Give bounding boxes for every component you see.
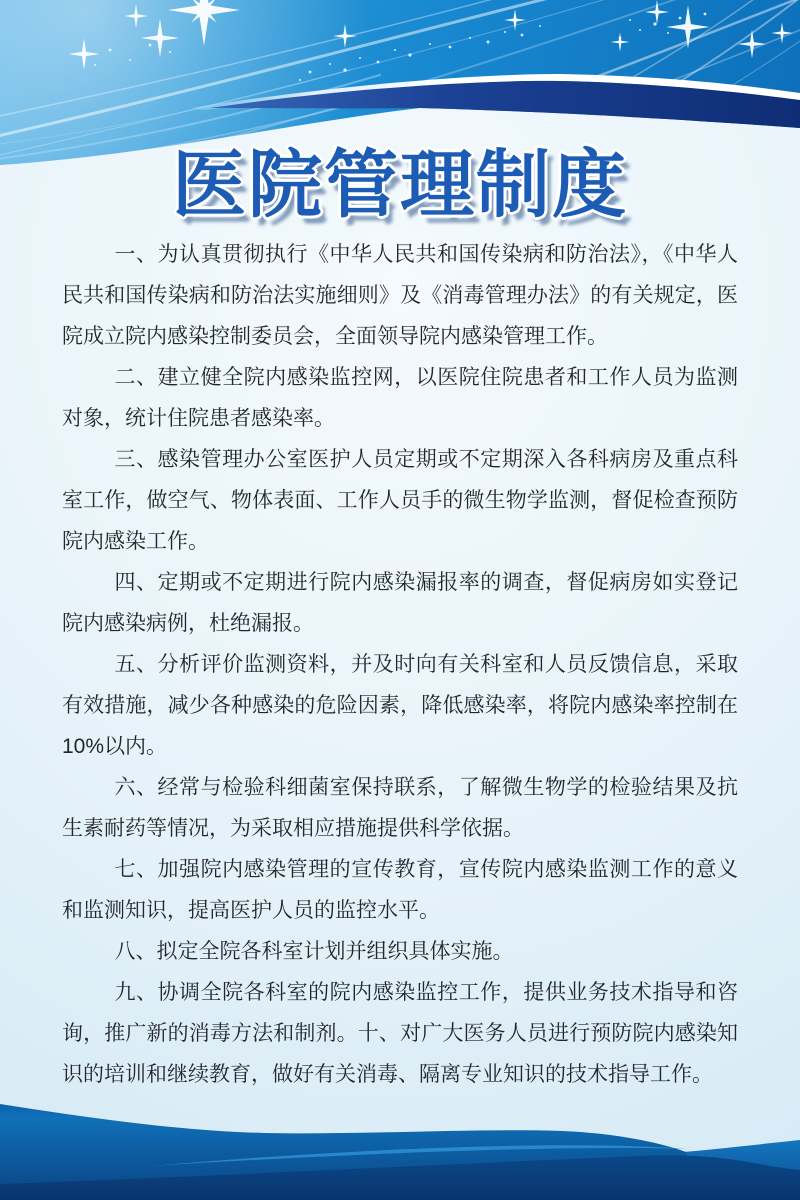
rule-paragraph-3: 三、感染管理办公室医护人员定期或不定期深入各科病房及重点科室工作，做空气、物体表… [62,439,738,562]
rule-paragraph-4: 四、定期或不定期进行院内感染漏报率的调查，督促病房如实登记院内感染病例，杜绝漏报… [62,562,738,644]
content: 一、为认真贯彻执行《中华人民共和国传染病和防治法》，《中华人民共和国传染病和防治… [62,234,738,1095]
rule-paragraph-7: 七、加强院内感染管理的宣传教育，宣传院内感染监测工作的意义和监测知识，提高医护人… [62,849,738,931]
rule-paragraph-6: 六、经常与检验科细菌室保持联系，了解微生物学的检验结果及抗生素耐药等情况，为采取… [62,767,738,849]
footer-wave-decoration [0,1090,800,1200]
page-title: 医院管理制度 [0,126,800,232]
poster: 医院管理制度 一、为认真贯彻执行《中华人民共和国传染病和防治法》，《中华人民共和… [0,0,800,1200]
rule-paragraph-5: 五、分析评价监测资料，并及时向有关科室和人员反馈信息，采取有效措施，减少各种感染… [62,644,738,767]
rule-paragraph-8: 八、拟定全院各科室计划并组织具体实施。 [62,931,738,972]
rule-paragraph-9: 九、协调全院各科室的院内感染监控工作，提供业务技术指导和咨询，推广新的消毒方法和… [62,972,738,1095]
rule-paragraph-2: 二、建立健全院内感染监控网，以医院住院患者和工作人员为监测对象，统计住院患者感染… [62,357,738,439]
rule-paragraph-1: 一、为认真贯彻执行《中华人民共和国传染病和防治法》，《中华人民共和国传染病和防治… [62,234,738,357]
